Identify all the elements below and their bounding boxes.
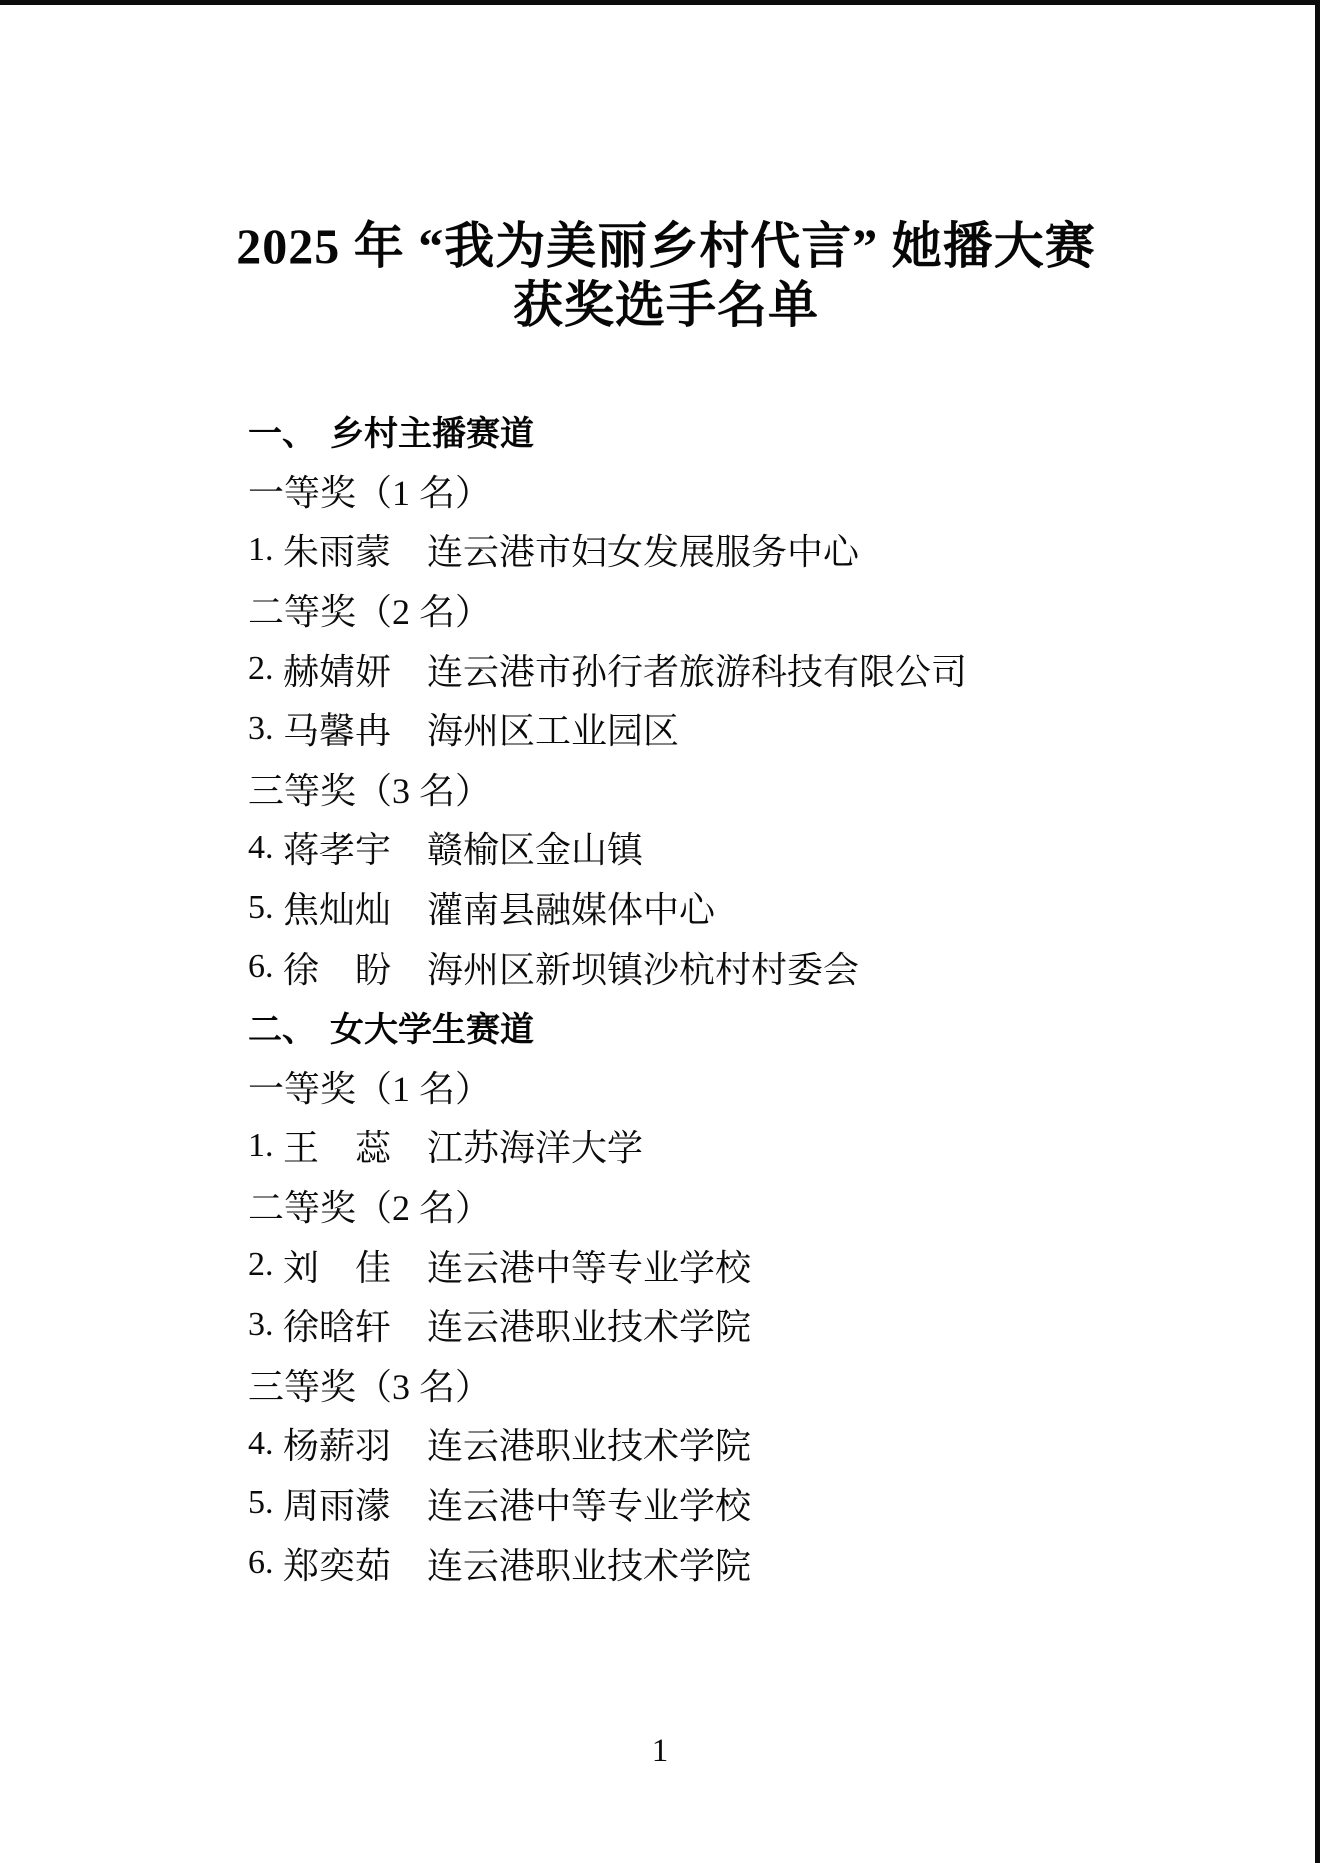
winner-organization: 连云港职业技术学院	[427, 1299, 751, 1350]
name-char: 佳	[355, 1240, 391, 1291]
document-title: 2025 年 “我为美丽乡村代言” 她播大赛 获奖选手名单	[0, 0, 1320, 335]
name-char: 郑	[283, 1538, 319, 1589]
winner-organization: 灌南县融媒体中心	[427, 882, 715, 933]
name-char: 薪	[319, 1418, 355, 1469]
entry-number: 5.	[248, 1484, 283, 1522]
winner-organization: 连云港职业技术学院	[427, 1538, 751, 1589]
name-char: 羽	[355, 1418, 391, 1469]
award-level: 二等奖（2 名）	[248, 1176, 1320, 1236]
winner-name: 刘佳	[283, 1240, 391, 1291]
page-number: 1	[0, 1730, 1320, 1772]
winner-name: 周雨濛	[283, 1478, 391, 1529]
winner-entry: 5.焦灿灿灌南县融媒体中心	[248, 878, 1320, 938]
section-heading: 一、乡村主播赛道	[248, 401, 1320, 461]
content: 一、乡村主播赛道一等奖（1 名）1.朱雨蒙连云港市妇女发展服务中心二等奖（2 名…	[0, 401, 1320, 1593]
name-char: 婧	[319, 644, 355, 695]
name-char: 冉	[355, 703, 391, 754]
section-title: 乡村主播赛道	[330, 406, 534, 455]
name-char: 濛	[355, 1478, 391, 1529]
section-index: 二、	[248, 1002, 316, 1051]
winner-organization: 连云港职业技术学院	[427, 1418, 751, 1469]
winner-name: 赫婧妍	[283, 644, 391, 695]
name-char: 徐	[283, 1299, 319, 1350]
name-char: 周	[283, 1478, 319, 1529]
winner-organization: 海州区新坝镇沙杭村村委会	[427, 942, 859, 993]
winner-entry: 5.周雨濛连云港中等专业学校	[248, 1474, 1320, 1534]
winner-name: 焦灿灿	[283, 882, 391, 933]
winner-entry: 6.郑奕茹连云港职业技术学院	[248, 1533, 1320, 1593]
name-char: 灿	[319, 882, 355, 933]
document-page: 2025 年 “我为美丽乡村代言” 她播大赛 获奖选手名单 一、乡村主播赛道一等…	[0, 0, 1320, 1863]
entry-number: 4.	[248, 1425, 283, 1463]
winner-organization: 连云港中等专业学校	[427, 1240, 751, 1291]
name-char: 蒙	[355, 524, 391, 575]
section-index: 一、	[248, 406, 316, 455]
winner-name: 王蕊	[283, 1120, 391, 1171]
award-level: 一等奖（1 名）	[248, 461, 1320, 521]
name-char: 焦	[283, 882, 319, 933]
winner-name: 徐盼	[283, 942, 391, 993]
entry-number: 1.	[248, 531, 283, 569]
document-title-line-2: 获奖选手名单	[12, 276, 1320, 335]
name-char: 馨	[319, 703, 355, 754]
name-char: 盼	[355, 942, 391, 993]
section-title: 女大学生赛道	[330, 1002, 534, 1051]
winner-organization: 海州区工业园区	[427, 703, 679, 754]
name-char: 雨	[319, 524, 355, 575]
winner-entry: 2.赫婧妍连云港市孙行者旅游科技有限公司	[248, 639, 1320, 699]
entry-number: 6.	[248, 1544, 283, 1582]
name-char: 宇	[355, 822, 391, 873]
winner-entry: 3.马馨冉海州区工业园区	[248, 699, 1320, 759]
section-heading: 二、女大学生赛道	[248, 997, 1320, 1057]
name-char: 王	[283, 1120, 319, 1171]
name-char: 马	[283, 703, 319, 754]
winner-entry: 1.朱雨蒙连云港市妇女发展服务中心	[248, 520, 1320, 580]
name-char: 妍	[355, 644, 391, 695]
winner-entry: 1.王蕊江苏海洋大学	[248, 1116, 1320, 1176]
entry-number: 5.	[248, 889, 283, 927]
document-title-line-1: 2025 年 “我为美丽乡村代言” 她播大赛	[12, 217, 1320, 276]
entry-number: 6.	[248, 948, 283, 986]
entry-number: 2.	[248, 650, 283, 688]
name-char: 奕	[319, 1538, 355, 1589]
winner-organization: 连云港市孙行者旅游科技有限公司	[427, 644, 967, 695]
name-char: 朱	[283, 524, 319, 575]
name-char: 雨	[319, 1478, 355, 1529]
winner-organization: 连云港市妇女发展服务中心	[427, 524, 859, 575]
winner-organization: 连云港中等专业学校	[427, 1478, 751, 1529]
winner-entry: 6.徐盼海州区新坝镇沙杭村村委会	[248, 937, 1320, 997]
winner-entry: 4.蒋孝宇赣榆区金山镇	[248, 818, 1320, 878]
winner-organization: 江苏海洋大学	[427, 1120, 643, 1171]
winner-organization: 赣榆区金山镇	[427, 822, 643, 873]
name-char: 轩	[355, 1299, 391, 1350]
winner-name: 徐晗轩	[283, 1299, 391, 1350]
winner-name: 朱雨蒙	[283, 524, 391, 575]
winner-name: 马馨冉	[283, 703, 391, 754]
name-char: 蒋	[283, 822, 319, 873]
winner-name: 郑奕茹	[283, 1538, 391, 1589]
name-char: 茹	[355, 1538, 391, 1589]
name-char: 灿	[355, 882, 391, 933]
winner-entry: 2.刘佳连云港中等专业学校	[248, 1235, 1320, 1295]
name-char: 孝	[319, 822, 355, 873]
entry-number: 2.	[248, 1246, 283, 1284]
scan-edge-right	[1315, 0, 1320, 1863]
entry-number: 4.	[248, 829, 283, 867]
winner-name: 杨薪羽	[283, 1418, 391, 1469]
winner-entry: 3.徐晗轩连云港职业技术学院	[248, 1295, 1320, 1355]
award-level: 三等奖（3 名）	[248, 759, 1320, 819]
award-level: 三等奖（3 名）	[248, 1355, 1320, 1415]
winner-name: 蒋孝宇	[283, 822, 391, 873]
entry-number: 3.	[248, 1306, 283, 1344]
scan-edge-top	[0, 0, 1320, 5]
entry-number: 1.	[248, 1127, 283, 1165]
name-char: 蕊	[355, 1120, 391, 1171]
name-char: 赫	[283, 644, 319, 695]
name-char: 徐	[283, 942, 319, 993]
winner-entry: 4.杨薪羽连云港职业技术学院	[248, 1414, 1320, 1474]
award-level: 二等奖（2 名）	[248, 580, 1320, 640]
award-level: 一等奖（1 名）	[248, 1057, 1320, 1117]
name-char: 晗	[319, 1299, 355, 1350]
name-char: 杨	[283, 1418, 319, 1469]
entry-number: 3.	[248, 710, 283, 748]
name-char: 刘	[283, 1240, 319, 1291]
